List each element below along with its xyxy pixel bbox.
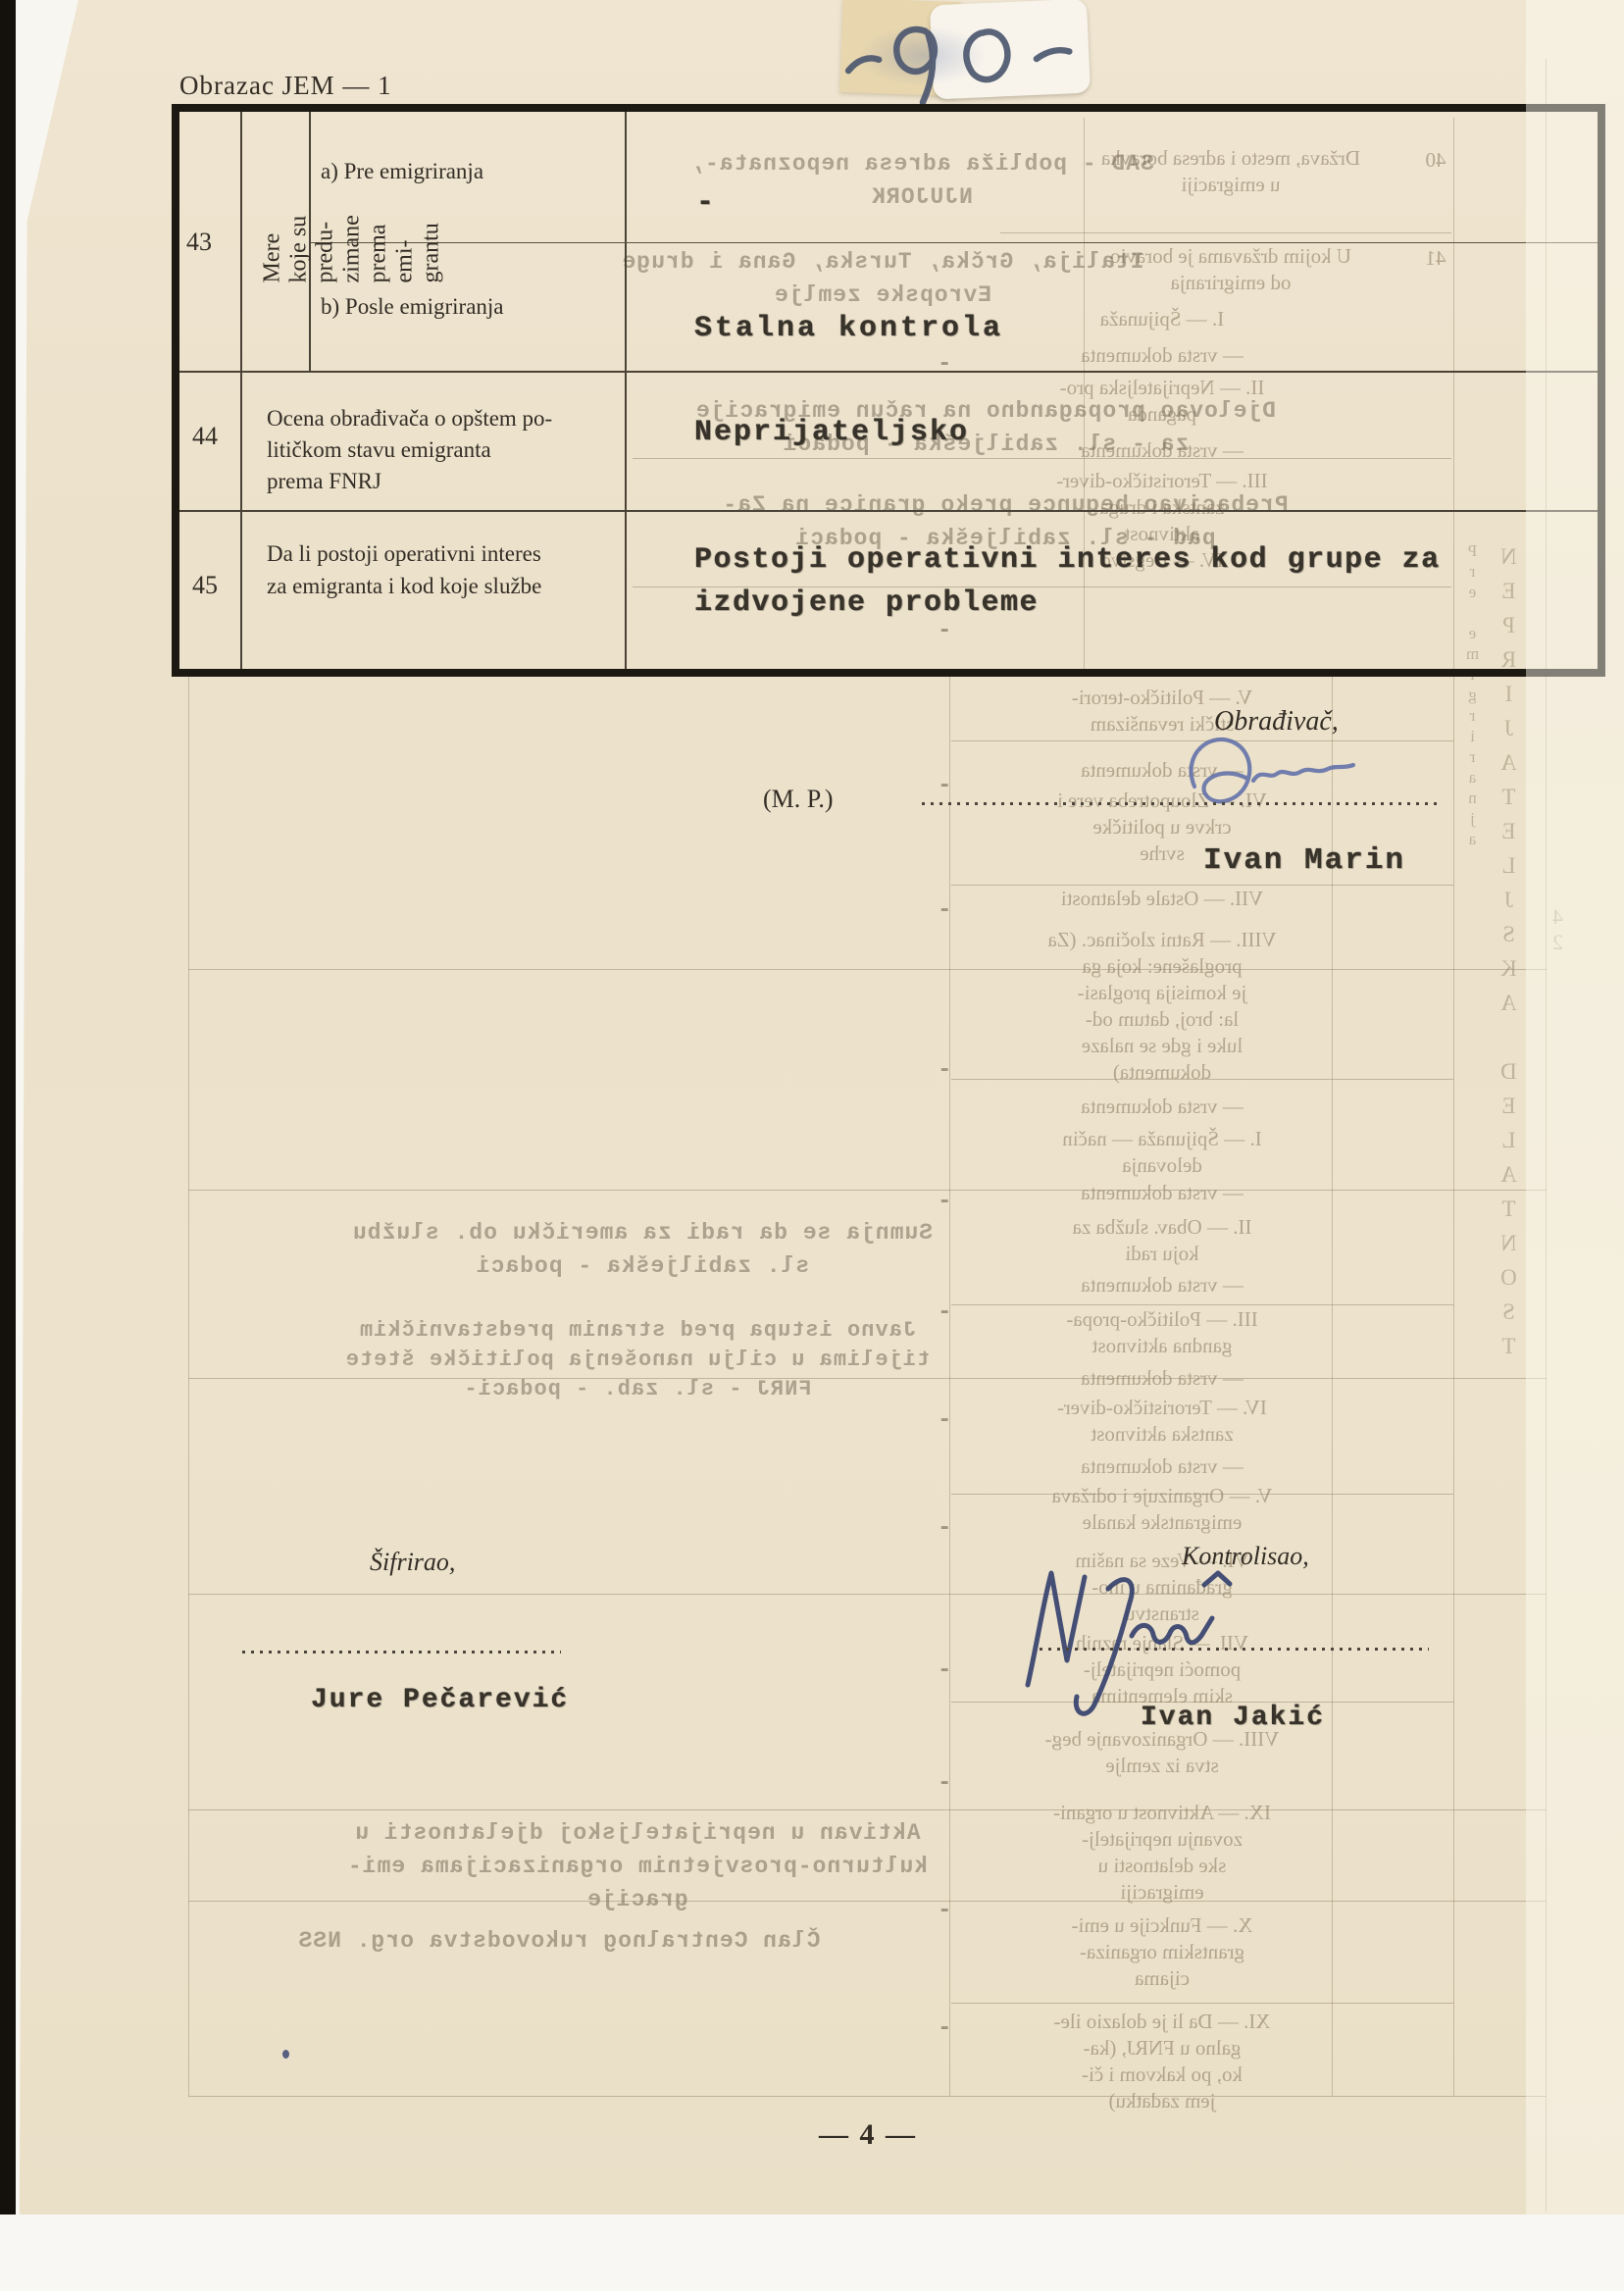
row-line-44-45 [179, 510, 1598, 512]
bleed-rule-h [951, 885, 1453, 886]
cipher-name: Jure Pečarević [311, 1685, 569, 1715]
bleed-rule-h [951, 1079, 1453, 1080]
row-45-number: 45 [192, 571, 218, 600]
table-border-top [172, 104, 1605, 112]
processor-name: Ivan Marin [1203, 843, 1405, 878]
bleed-dash-mark: - [938, 1770, 951, 1797]
bleed-typed-text: Javno istupa pred stranim predstavničkim… [206, 1316, 1069, 1404]
row-43a-label: a) Pre emigriranja [321, 159, 483, 184]
handwritten-page-number: -90- [834, 0, 1089, 110]
bleed-print-text: I. — Špijunaža — način delovanja [986, 1126, 1339, 1179]
bleed-dash-mark: - [938, 1407, 951, 1434]
bleed-print-text: VII. — Ostale delatnosti [986, 886, 1339, 912]
row-44-question-l0: Ocena obrađivača o opštem po- [267, 406, 552, 432]
bleed-print-text: — vrsta dokumenta [986, 1180, 1339, 1206]
scan-bottom-margin [0, 2215, 1624, 2291]
col-line-answer [625, 112, 627, 669]
col-line-number [240, 112, 242, 669]
row-44-answer: Neprijateljsko [694, 416, 969, 449]
scanned-form-page: Država, mesto i adresa boravka u emigrac… [0, 0, 1624, 2291]
row-43b-answer: Stalna kontrola [694, 312, 1003, 345]
bleed-vertical-text: Pre emigriranja [1463, 541, 1483, 816]
bleed-rule-v [188, 677, 189, 2096]
bleed-rule-h [951, 1304, 1453, 1305]
row-line-43ab [311, 242, 1598, 243]
cipher-label: Šifrirao, [370, 1548, 455, 1577]
page-number: — 4 — [819, 2118, 917, 2152]
bleed-dash-mark: - [938, 1657, 951, 1684]
row-45-answer-l1: izdvojene probleme [694, 586, 1039, 620]
processor-signature-line [922, 802, 1437, 805]
bleed-dash-mark: - [938, 1515, 951, 1542]
form-code: Obrazac JEM — 1 [179, 71, 392, 101]
bleed-print-text: 41 [1414, 245, 1457, 272]
row-45-question-l1: za emigranta i kod koje službe [267, 574, 541, 599]
bleed-typed-text: Sumnja se da radi za američku ob. službu… [245, 1216, 1040, 1283]
bleed-dash-mark: - [938, 618, 951, 644]
row-line-43-44 [179, 371, 1598, 373]
bleed-dash-mark: - [938, 2015, 951, 2042]
bleed-typed-text: SAD - pobliža adresa nepoznata-, NJUJORK [647, 147, 1196, 214]
bleed-rule-h [633, 458, 1451, 459]
row-44-question-l1: litičkom stavu emigranta [267, 437, 491, 463]
bleed-rule-h [951, 2003, 1453, 2004]
row-45-question-l0: Da li postoji operativni interes [267, 541, 541, 567]
bleed-rule-v [1084, 118, 1085, 675]
bleed-print-text: X. — Funkcije u emi- grantskim organiza-… [986, 1912, 1339, 1992]
bleed-rule-h [188, 1809, 1547, 1810]
row-44-question-l2: prema FNRJ [267, 469, 381, 494]
bleed-rule-h [188, 969, 1547, 970]
row-43a-answer: - [696, 186, 716, 220]
bleed-rule-h [188, 1190, 1547, 1191]
bleed-typed-text: Italija, Grčka, Turska, Gana i druge Evr… [569, 245, 1196, 312]
bleed-rule-h [188, 1901, 1547, 1902]
scan-edge [0, 0, 16, 2216]
controller-name: Ivan Jakić [1141, 1703, 1325, 1733]
bleed-rule-v [949, 677, 950, 2096]
row-43-number: 43 [186, 228, 212, 257]
bleed-print-text: V. — Organizuje i održava emigrantske ka… [986, 1483, 1339, 1536]
bleed-rule-h [951, 1494, 1453, 1495]
controller-signature-line [1040, 1648, 1429, 1651]
bleed-dash-mark: - [938, 1189, 951, 1215]
bleed-rule-h [188, 1594, 1547, 1595]
bleed-rule-h [1000, 232, 1451, 233]
paper-sheet: Država, mesto i adresa boravka u emigrac… [20, 0, 1624, 2216]
bleed-dash-mark: - [938, 1299, 951, 1326]
page-right-edge [1526, 0, 1624, 2216]
row-45-answer-l0: Postoji operativni interes kod grupe za [694, 543, 1441, 577]
bleed-print-text: VIII. — Organizovanje beg- stva iz zemlj… [986, 1726, 1339, 1779]
bleed-dash-mark: - [938, 351, 951, 378]
bleed-dash-mark: - [938, 1898, 951, 1924]
bleed-print-text: XI. — Da li je dolazio ile- galno u FNRJ… [986, 2009, 1339, 2114]
bleed-print-text: — vrsta dokumenta [986, 1094, 1339, 1120]
bleed-dash-mark: - [938, 897, 951, 924]
bleed-print-text: 40 [1414, 147, 1457, 174]
row-44-number: 44 [192, 422, 218, 451]
bleed-typed-text: Djelovao propagandno na račun emigracije… [530, 394, 1442, 461]
bleed-print-text: — vrsta dokumenta [986, 342, 1339, 369]
controller-signature [1012, 1557, 1247, 1719]
processor-signature [1165, 724, 1391, 822]
bleed-rule-v [1453, 118, 1454, 2096]
bleed-dash-mark: - [938, 773, 951, 799]
bleed-dash-mark: - [938, 1057, 951, 1084]
row-43b-label: b) Posle emigriranja [321, 294, 504, 320]
cipher-signature-line [242, 1651, 561, 1654]
bleed-rule-v [1332, 677, 1333, 2096]
stamp-placeholder: (M. P.) [763, 785, 834, 814]
bleed-print-text: — vrsta dokumenta [986, 1453, 1339, 1480]
table-border-left [172, 104, 179, 677]
table-border-bottom [172, 669, 1605, 677]
stray-ink-dot [282, 2050, 289, 2059]
bleed-vertical-text: NEPRIJATELJSKA DELATNOST [1497, 544, 1522, 1456]
bleed-print-text: VIII. — Ratni zločinac. (Za proglašene: … [986, 927, 1339, 1086]
bleed-typed-text: Član Centralnog rukovodstva org. NSS [245, 1924, 873, 1958]
bleed-rule-h [188, 1378, 1547, 1379]
row-43-side-label: Mere koje su predu- zimane prema emi- gr… [311, 112, 393, 371]
bleed-rule-h [188, 2096, 1547, 2097]
